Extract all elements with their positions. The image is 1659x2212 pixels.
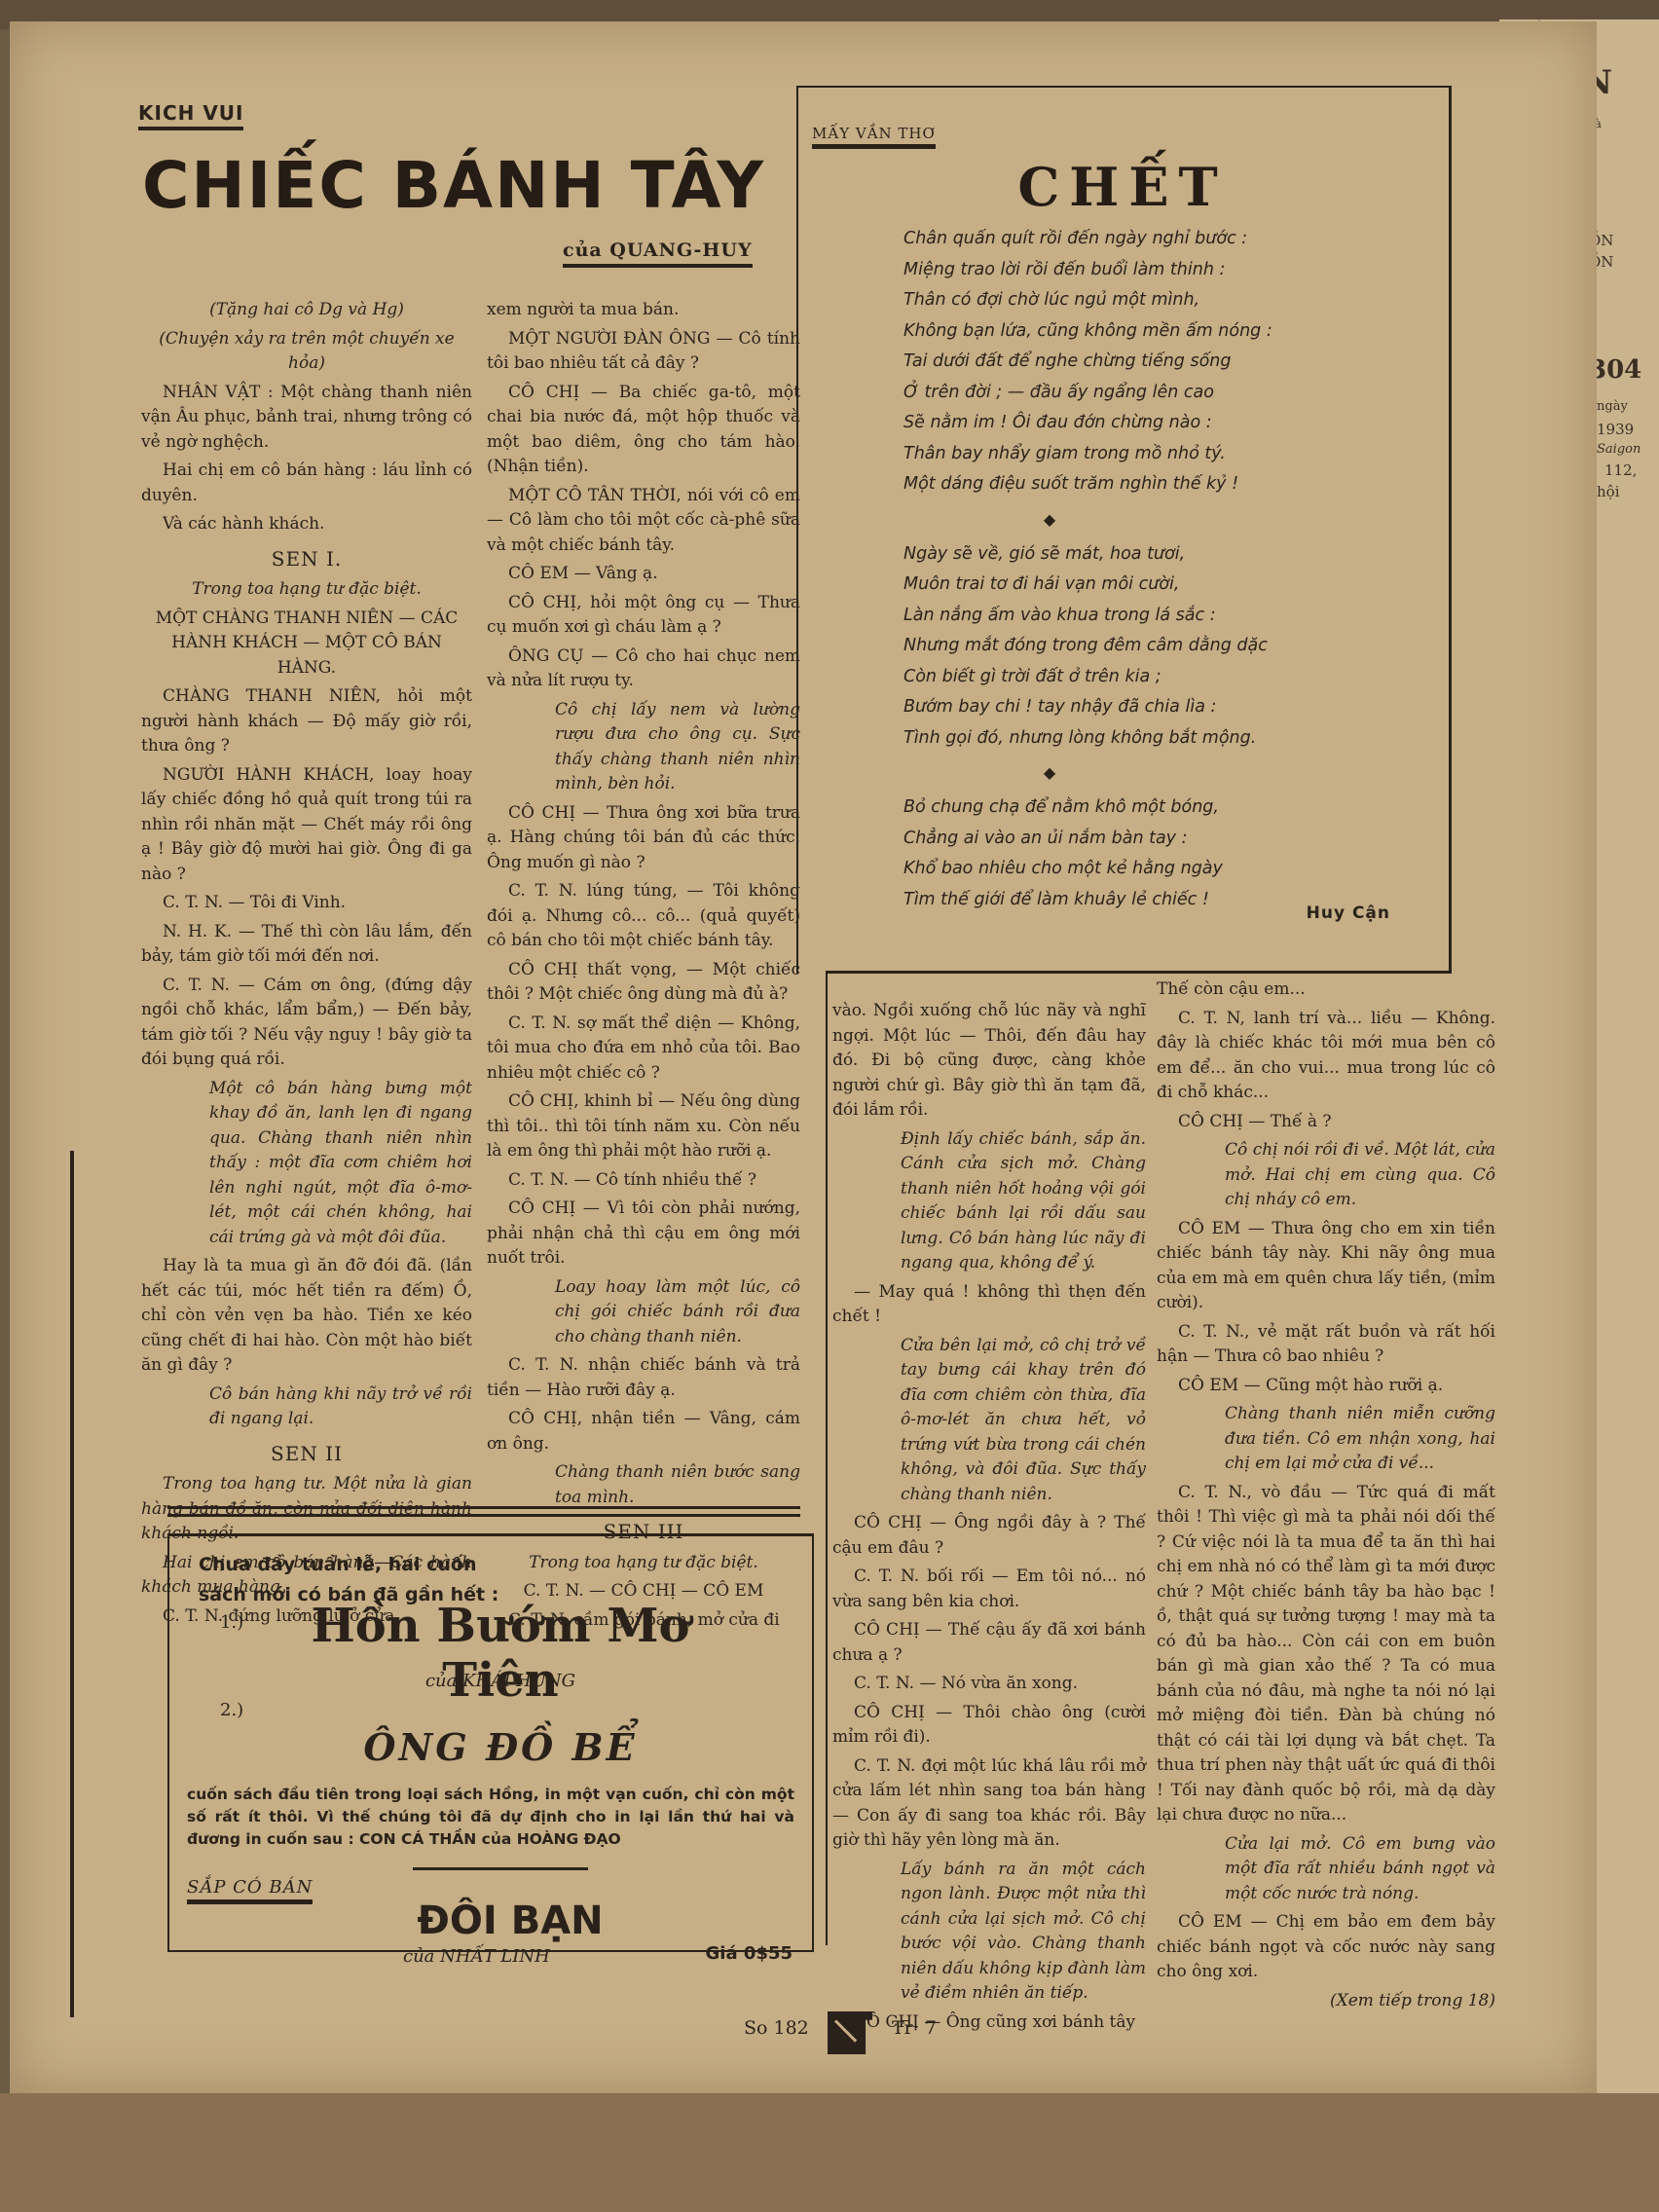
dialogue-paragraph: (Xem tiếp trong 18) [1157, 1989, 1495, 2014]
neighbor-fragment: Saigon [1597, 442, 1641, 457]
dialogue-paragraph: Và các hành khách. [141, 512, 472, 537]
dialogue-paragraph: C. T. N. — Cám ơn ông, (đứng dậy ngồi ch… [141, 974, 472, 1073]
dialogue-paragraph: CÔ EM — Vâng ạ. [487, 562, 800, 587]
stage-direction: Chàng thanh niên bước sang toa mình. [555, 1460, 800, 1510]
poem-line: Sẽ nằm im ! Ôi đau đớn chừng nào : [903, 408, 1410, 439]
stage-direction: Cửa lại mở. Cô em bưng vào một đĩa rất n… [1225, 1832, 1495, 1907]
neighbor-fragment: hội [1597, 483, 1620, 500]
neighbor-fragment: 304 [1589, 355, 1641, 385]
article-byline: của QUANG-HUY [563, 240, 753, 268]
poem-line: Nhưng mắt đóng trong đêm câm dằng dặc [903, 631, 1410, 662]
dialogue-paragraph: C. T. N. — Nó vừa ăn xong. [832, 1672, 1146, 1697]
advert-book-title: Hồn Bướm Mơ Tiên [247, 1599, 754, 1708]
advert-item-number: 2.) [220, 1700, 243, 1720]
poem-line: Tình gọi đó, nhưng lòng không bắt mộng. [903, 723, 1410, 755]
advert-top-rules [167, 1506, 800, 1522]
advert-book-author: của KHÁI HƯNG [247, 1671, 754, 1691]
stage-direction: Lấy bánh ra ăn một cách ngon lành. Được … [901, 1858, 1146, 2007]
poem-line: Ở trên đời ; — đầu ấy ngẩng lên cao [903, 378, 1410, 409]
background-desk [0, 2093, 1659, 2212]
stage-direction: Chàng thanh niên miễn cưỡng đưa tiền. Cô… [1225, 1402, 1495, 1477]
dialogue-paragraph: C. T. N., vò đầu — Tức quá đi mất thôi !… [1157, 1481, 1495, 1828]
dialogue-paragraph: C. T. N. — Tôi đi Vinh. [141, 891, 472, 916]
stage-direction: Cô chị lấy nem và lường rượu đưa cho ông… [555, 698, 800, 797]
poem-line: Một dáng điệu suốt trăm nghìn thế kỷ ! [903, 469, 1410, 500]
neighbor-fragment: ngày [1597, 399, 1628, 414]
advert-coming-soon: SẮP CÓ BÁN [187, 1877, 313, 1904]
stage-direction: Cửa bên lại mở, cô chị trở về tay bưng c… [901, 1334, 1146, 1508]
advert-item-number: 1.) [220, 1612, 243, 1633]
dialogue-paragraph: CÔ CHỊ — Thôi chào ông (cười mỉm rồi đi)… [832, 1701, 1146, 1751]
dialogue-paragraph: Hay là ta mua gì ăn đỡ đói đã. (lần hết … [141, 1254, 472, 1379]
ornament-diamond-icon: ◆ [903, 500, 1196, 539]
dialogue-paragraph: CÔ EM — Cũng một hào rưỡi ạ. [1157, 1374, 1495, 1399]
dialogue-paragraph: CÔ CHỊ, nhận tiền — Vâng, cám ơn ông. [487, 1407, 800, 1456]
stage-direction: Loay hoay làm một lúc, cô chị gói chiếc … [555, 1275, 800, 1350]
dialogue-paragraph: Thế còn cậu em... [1157, 977, 1495, 1003]
dialogue-paragraph: MỘT NGƯỜI ĐÀN ÔNG — Cô tính tôi bao nhiê… [487, 327, 800, 377]
page-number: Tr· 7 [892, 2017, 937, 2039]
dialogue-paragraph: C. T. N. lúng túng, — Tôi không đói ạ. N… [487, 879, 800, 954]
dialogue-paragraph: xem người ta mua bán. [487, 298, 800, 323]
stage-direction: Một cô bán hàng bưng một khay đồ ăn, lan… [209, 1077, 472, 1251]
left-margin-rule [70, 1151, 74, 2017]
dialogue-paragraph: CÔ CHỊ — Thưa ông xơi bữa trưa ạ. Hàng c… [487, 801, 800, 876]
poem-line: Thân có đợi chờ lúc ngủ một mình, [903, 285, 1410, 316]
scene-heading: SEN II [141, 1442, 472, 1467]
poem-line: Miệng trao lời rồi đến buổi làm thinh : [903, 255, 1410, 286]
stage-direction: Trong toa hạng tư đặc biệt. [141, 577, 472, 603]
poem-line: Bướm bay chi ! tay nhậy đã chia lìa : [903, 692, 1410, 723]
dialogue-paragraph: C. T. N., vẻ mặt rất buồn và rất hối hận… [1157, 1320, 1495, 1370]
issue-number: So 182 [744, 2017, 809, 2039]
stage-direction: Định lấy chiếc bánh, sắp ăn. Cánh cửa sị… [901, 1127, 1146, 1276]
stage-direction: Cô bán hàng khi nãy trở về rồi đi ngang … [209, 1382, 472, 1432]
dialogue-paragraph: NGƯỜI HÀNH KHÁCH, loay hoay lấy chiếc đồ… [141, 763, 472, 888]
advert-book-title: ÔNG ĐỒ BỂ [247, 1725, 754, 1769]
poem-title: CHẾT [796, 156, 1449, 218]
dialogue-paragraph: CÔ CHỊ — Thế à ? [1157, 1110, 1495, 1135]
poem-line: Không bạn lứa, cũng không mền ấm nóng : [903, 316, 1410, 348]
dialogue-paragraph: CÔ CHỊ — Thế cậu ấy đã xơi bánh chưa ạ ? [832, 1618, 1146, 1668]
newspaper-logo-icon [828, 2011, 872, 2054]
dialogue-paragraph: N. H. K. — Thế thì còn lâu lắm, đến bảy,… [141, 920, 472, 970]
advert-price: Giá 0$55 [706, 1943, 793, 1964]
poem-line: Bỏ chung chạ để nằm khô một bóng, [903, 793, 1410, 824]
column-divider [826, 972, 828, 1945]
poem-line: Làn nắng ấm vào khua trong lá sắc : [903, 601, 1410, 632]
dialogue-paragraph: C. T. N. đợi một lúc khá lâu rồi mở cửa … [832, 1754, 1146, 1854]
poem-author: Huy Cận [1307, 903, 1390, 923]
poem-box-border [796, 88, 798, 974]
dialogue-paragraph: CHÀNG THANH NIÊN, hỏi một người hành khá… [141, 684, 472, 759]
dialogue-paragraph: C. T. N. — Cô tính nhiều thế ? [487, 1168, 800, 1194]
dialogue-paragraph: MỘT CHÀNG THANH NIÊN — CÁC HÀNH KHÁCH — … [141, 607, 472, 682]
neighbor-fragment: 1939 [1597, 421, 1634, 438]
dialogue-paragraph: ÔNG CỤ — Cô cho hai chục nem và nửa lít … [487, 645, 800, 694]
dialogue-paragraph: C. T. N. nhận chiếc bánh và trả tiền — H… [487, 1353, 800, 1403]
dialogue-paragraph: CÔ EM — Chị em bảo em đem bảy chiếc bánh… [1157, 1910, 1495, 1985]
dialogue-paragraph: CÔ CHỊ, hỏi một ông cụ — Thưa cụ muốn xơ… [487, 591, 800, 641]
poem-box-border [826, 971, 1449, 974]
poem-body: Chân quấn quít rồi đến ngày nghỉ bước :M… [903, 224, 1410, 915]
poem-line: Khổ bao nhiêu cho một kẻ hằng ngày [903, 854, 1410, 885]
stage-direction: Cô chị nói rồi đi về. Một lát, cửa mở. H… [1225, 1138, 1495, 1213]
advert-book-author: của NHẤT LINH [403, 1946, 550, 1967]
dialogue-paragraph: CÔ CHỊ — Vì tôi còn phải nướng, phải nhậ… [487, 1197, 800, 1272]
dialogue-paragraph: CÔ CHỊ, khinh bỉ — Nếu ông dùng thì tôi.… [487, 1089, 800, 1164]
dialogue-paragraph: CÔ CHỊ — Ông ngồi đây à ? Thế cậu em đâu… [832, 1511, 1146, 1561]
dialogue-paragraph: NHÂN VẬT : Một chàng thanh niên vận Âu p… [141, 381, 472, 456]
dialogue-paragraph: vào. Ngồi xuống chỗ lúc nãy và nghĩ ngợi… [832, 999, 1146, 1124]
dialogue-paragraph: C. T. N, lanh trí và... liều — Không. đâ… [1157, 1007, 1495, 1106]
poem-line: Chân quấn quít rồi đến ngày nghỉ bước : [903, 224, 1410, 255]
article-column-2: xem người ta mua bán.MỘT NGƯỜI ĐÀN ÔNG —… [487, 298, 800, 1637]
dialogue-paragraph: Hai chị em cô bán hàng : láu lỉnh có duy… [141, 459, 472, 508]
poem-line: Chẳng ai vào an ủi nắm bàn tay : [903, 824, 1410, 855]
dialogue-paragraph: — May quá ! không thì thẹn đến chết ! [832, 1280, 1146, 1330]
dialogue-paragraph: CÔ CHỊ — Ông cũng xơi bánh tây [832, 2010, 1146, 2036]
section-kicker: KICH VUI [138, 101, 243, 130]
dialogue-paragraph: MỘT CÔ TÂN THỜI, nói với cô em — Cô làm … [487, 484, 800, 559]
article-column-3: vào. Ngồi xuống chỗ lúc nãy và nghĩ ngợi… [832, 999, 1146, 2039]
dialogue-paragraph: CÔ CHỊ — Ba chiếc ga-tô, một chai bia nư… [487, 381, 800, 480]
poem-box: MẤY VẦN THƠ CHẾT Chân quấn quít rồi đến … [796, 86, 1452, 974]
scene-heading: SEN I. [141, 547, 472, 572]
advert-description: cuốn sách đầu tiên trong loại sách Hồng,… [187, 1784, 794, 1851]
book-advert: Chưa đầy tuần lễ, hai cuốn sách mới có b… [167, 1533, 814, 1952]
stage-direction: (Tặng hai cô Dg và Hg) [141, 298, 472, 323]
stage-direction: (Chuyện xảy ra trên một chuyến xe hỏa) [141, 327, 472, 377]
dialogue-paragraph: C. T. N. bối rối — Em tôi nó... nó vừa s… [832, 1565, 1146, 1614]
poem-kicker: MẤY VẦN THƠ [812, 125, 936, 149]
article-title: CHIẾC BÁNH TÂY [142, 148, 765, 223]
poem-line: Tai dưới đất để nghe chừng tiếng sống [903, 347, 1410, 378]
poem-line: Ngày sẽ về, gió sẽ mát, hoa tươi, [903, 539, 1410, 571]
dialogue-paragraph: C. T. N. sợ mất thể diện — Không, tôi mu… [487, 1012, 800, 1087]
article-column-1: (Tặng hai cô Dg và Hg)(Chuyện xảy ra trê… [141, 298, 472, 1633]
article-column-4: Thế còn cậu em...C. T. N, lanh trí và...… [1157, 977, 1495, 2017]
ornament-diamond-icon: ◆ [903, 754, 1196, 793]
advert-book-title: ĐÔI BẠN [345, 1899, 676, 1943]
dialogue-paragraph: CÔ CHỊ thất vọng, — Một chiếc thôi ? Một… [487, 958, 800, 1008]
poem-line: Muôn trai tơ đi hái vạn môi cười, [903, 570, 1410, 601]
decorative-rule [413, 1858, 588, 1870]
neighbor-fragment: 112, [1604, 461, 1637, 479]
dialogue-paragraph: CÔ EM — Thưa ông cho em xin tiền chiếc b… [1157, 1217, 1495, 1316]
poem-line: Thân bay nhẩy giam trong mồ nhỏ tý. [903, 439, 1410, 470]
poem-line: Còn biết gì trời đất ở trên kia ; [903, 662, 1410, 693]
